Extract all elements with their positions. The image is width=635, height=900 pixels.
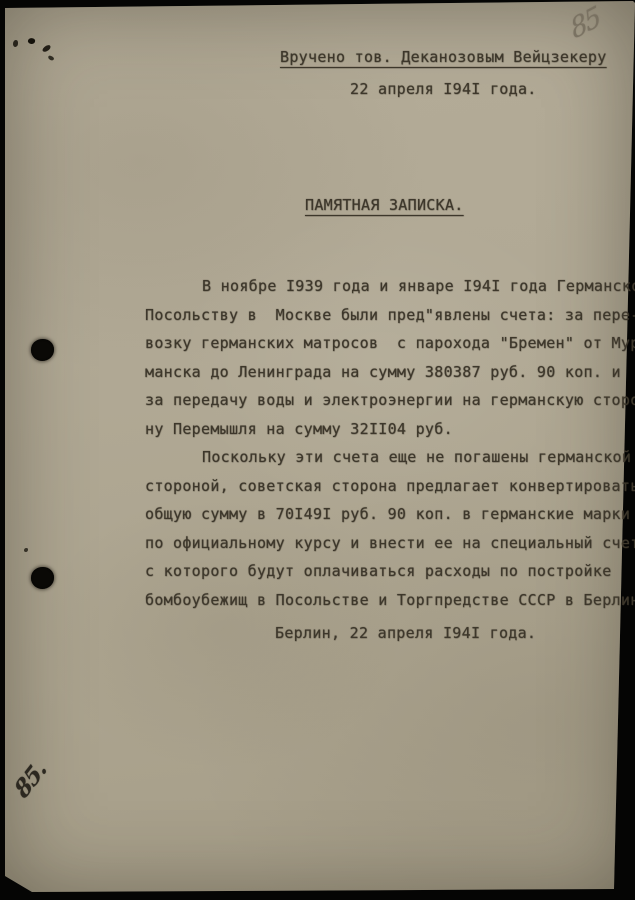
closing-dateline: Берлин, 22 апреля I94I года. (275, 624, 536, 642)
body-line: с которого будут оплачиваться расходы по… (145, 557, 635, 586)
header-date-line: 22 апреля I94I года. (350, 80, 537, 98)
memo-title: ПАМЯТНАЯ ЗАПИСКА. (305, 196, 464, 214)
body-line: общую сумму в 70I49I руб. 90 коп. в герм… (145, 500, 635, 529)
body-line: Посольству в Москве были пред"явлены сче… (145, 301, 635, 330)
handed-over-line: Вручено тов. Деканозовым Вейцзекеру (280, 48, 607, 66)
memo-body: В ноябре I939 года и январе I94I года Ге… (145, 272, 635, 614)
body-line: ну Перемышля на сумму 32II04 руб. (145, 415, 635, 444)
body-line: бомбоубежищ в Посольстве и Торгпредстве … (145, 586, 635, 615)
body-line: Поскольку эти счета еще не погашены герм… (145, 443, 635, 472)
body-line: стороной, советская сторона предлагает к… (145, 472, 635, 501)
punch-hole-bottom (31, 567, 54, 589)
body-line: В ноябре I939 года и январе I94I года Ге… (145, 272, 635, 301)
body-line: возку германских матросов с парохода "Бр… (145, 329, 635, 358)
scanner-background: 85 85. Вручено тов. Деканозовым Вейцзеке… (0, 0, 635, 900)
punch-hole-top (31, 339, 54, 361)
body-line: за передачу воды и электроэнергии на гер… (145, 386, 635, 415)
body-line: манска до Ленинграда на сумму 380387 руб… (145, 358, 635, 387)
body-line: по официальному курсу и внести ее на спе… (145, 529, 635, 558)
